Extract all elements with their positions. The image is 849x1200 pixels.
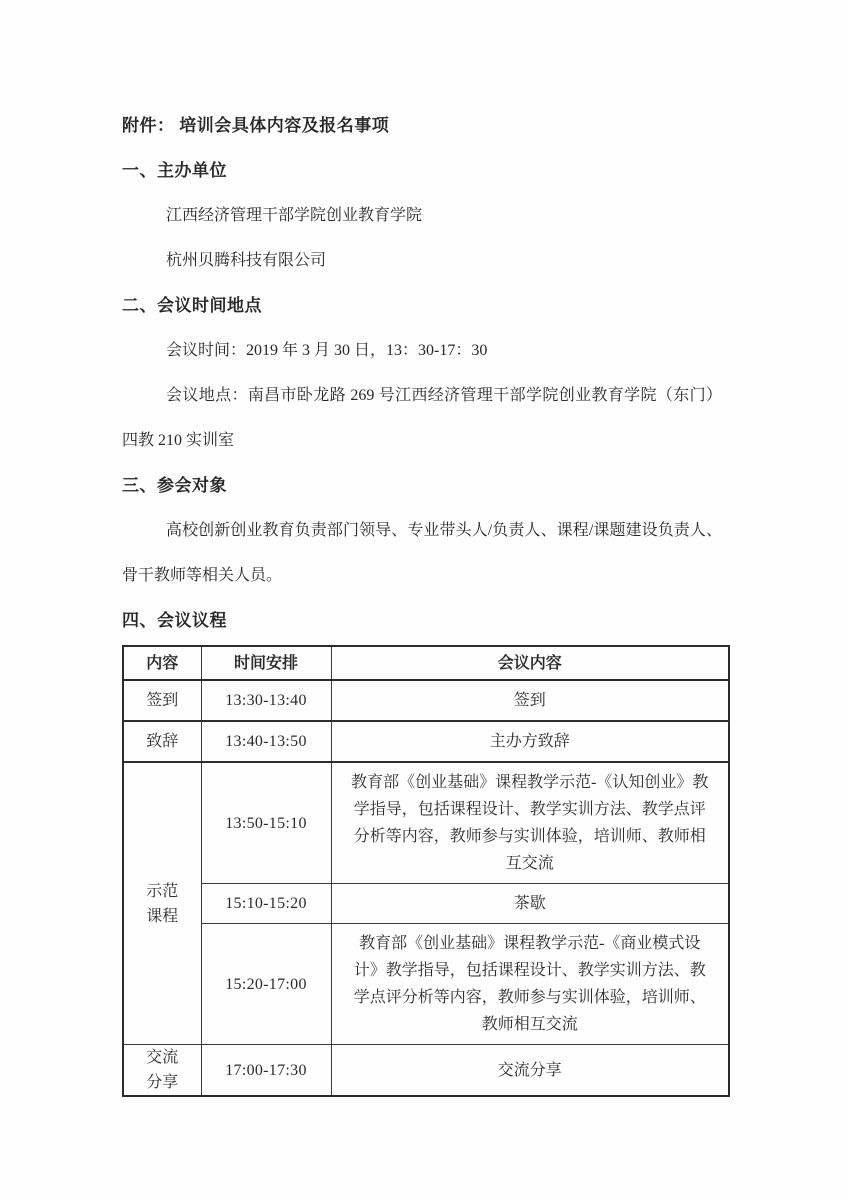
document-content: 附件： 培训会具体内容及报名事项 一、主办单位 江西经济管理干部学院创业教育学院… — [122, 0, 728, 1097]
agenda-cell-category: 交流分享 — [123, 1045, 201, 1097]
agenda-header-detail: 会议内容 — [331, 646, 729, 680]
agenda-cell-time: 13:50-15:10 — [201, 762, 331, 884]
agenda-cell-time: 15:10-15:20 — [201, 884, 331, 924]
agenda-row-speech: 致辞 13:40-13:50 主办方致辞 — [123, 721, 729, 762]
paragraph-participants: 高校创新创业教育负责部门领导、专业带头人/负责人、课程/课题建设负责人、骨干教师… — [122, 508, 722, 598]
agenda-row-demo-course-2: 15:20-17:00 教育部《创业基础》课程教学示范-《商业模式设计》教学指导… — [123, 924, 729, 1045]
doc-title: 附件： 培训会具体内容及报名事项 — [122, 103, 728, 148]
agenda-row-tea-break: 15:10-15:20 茶歇 — [123, 884, 729, 924]
agenda-row-demo-course-1: 示范课程 13:50-15:10 教育部《创业基础》课程教学示范-《认知创业》教… — [123, 762, 729, 884]
agenda-cell-detail: 主办方致辞 — [331, 721, 729, 762]
agenda-cell-category: 签到 — [123, 680, 201, 721]
section-heading-participants: 三、参会对象 — [122, 463, 728, 508]
agenda-cell-category-merged: 示范课程 — [123, 762, 201, 1045]
agenda-header-time: 时间安排 — [201, 646, 331, 680]
agenda-cell-detail: 教育部《创业基础》课程教学示范-《商业模式设计》教学指导，包括课程设计、教学实训… — [331, 924, 729, 1045]
agenda-cell-detail: 交流分享 — [331, 1045, 729, 1097]
agenda-cell-time: 13:30-13:40 — [201, 680, 331, 721]
section-heading-time-place: 二、会议时间地点 — [122, 283, 728, 328]
document-page: 附件： 培训会具体内容及报名事项 一、主办单位 江西经济管理干部学院创业教育学院… — [0, 0, 849, 1200]
agenda-row-signin: 签到 13:30-13:40 签到 — [123, 680, 729, 721]
paragraph-organizer-1: 江西经济管理干部学院创业教育学院 — [122, 193, 722, 238]
agenda-cell-detail: 茶歇 — [331, 884, 729, 924]
agenda-cell-detail: 教育部《创业基础》课程教学示范-《认知创业》教学指导，包括课程设计、教学实训方法… — [331, 762, 729, 884]
paragraph-organizer-2: 杭州贝腾科技有限公司 — [122, 238, 722, 283]
agenda-cell-time: 15:20-17:00 — [201, 924, 331, 1045]
agenda-cell-time: 17:00-17:30 — [201, 1045, 331, 1097]
paragraph-meeting-place: 会议地点：南昌市卧龙路 269 号江西经济管理干部学院创业教育学院（东门）四教 … — [122, 373, 722, 463]
section-heading-agenda: 四、会议议程 — [122, 598, 728, 643]
section-heading-organizers: 一、主办单位 — [122, 148, 728, 193]
paragraph-meeting-time: 会议时间：2019 年 3 月 30 日，13：30-17：30 — [122, 328, 722, 373]
agenda-header-row: 内容 时间安排 会议内容 — [123, 646, 729, 680]
agenda-table: 内容 时间安排 会议内容 签到 13:30-13:40 签到 致辞 13:40-… — [122, 645, 730, 1097]
agenda-cell-detail: 签到 — [331, 680, 729, 721]
agenda-cell-category: 致辞 — [123, 721, 201, 762]
agenda-row-sharing: 交流分享 17:00-17:30 交流分享 — [123, 1045, 729, 1097]
agenda-header-category: 内容 — [123, 646, 201, 680]
agenda-cell-time: 13:40-13:50 — [201, 721, 331, 762]
